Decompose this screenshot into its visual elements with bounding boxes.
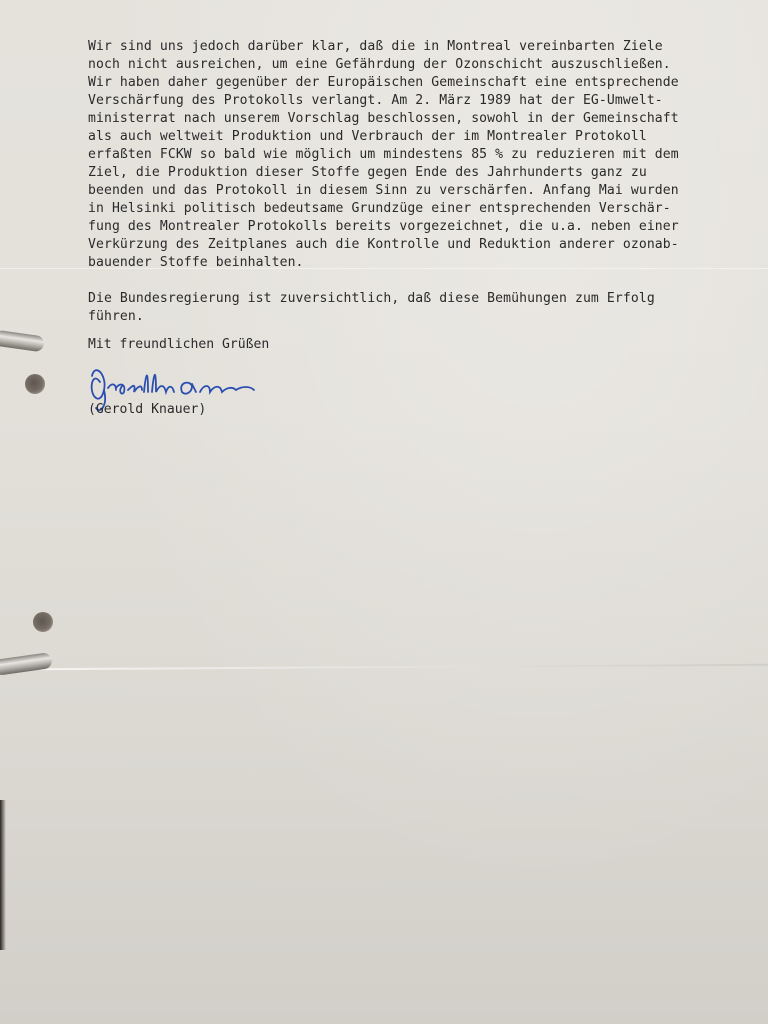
text-line: beenden und das Protokoll in diesem Sinn…: [88, 182, 728, 200]
text-line: erfaßten FCKW so bald wie möglich um min…: [88, 146, 728, 164]
letter-body: Wir sind uns jedoch darüber klar, daß di…: [88, 38, 728, 344]
text-line: Ziel, die Produktion dieser Stoffe gegen…: [88, 164, 728, 182]
page-edge-shadow: [0, 800, 6, 950]
text-line: bauender Stoffe beinhalten.: [88, 254, 728, 272]
signatory-name: (Gerold Knauer): [88, 402, 206, 417]
text-line: Die Bundesregierung ist zuversichtlich, …: [88, 290, 728, 308]
text-line: als auch weltweit Produktion und Verbrau…: [88, 128, 728, 146]
binder-ring-upper: [0, 330, 45, 353]
text-line: fung des Montrealer Protokolls bereits v…: [88, 218, 728, 236]
punch-hole-lower: [33, 612, 53, 632]
text-line: ministerrat nach unserem Vorschlag besch…: [88, 110, 728, 128]
text-line: führen.: [88, 308, 728, 326]
punch-hole-upper: [25, 374, 45, 394]
text-line: in Helsinki politisch bedeutsame Grundzü…: [88, 200, 728, 218]
letter-page: Wir sind uns jedoch darüber klar, daß di…: [0, 0, 768, 1024]
paragraph-2: Die Bundesregierung ist zuversichtlich, …: [88, 290, 728, 326]
text-line: Wir sind uns jedoch darüber klar, daß di…: [88, 38, 728, 56]
text-line: noch nicht ausreichen, um eine Gefährdun…: [88, 56, 728, 74]
binder-ring-lower: [0, 652, 53, 676]
closing-salutation: Mit freundlichen Grüßen: [88, 337, 269, 352]
paper-fold-lower: [40, 664, 768, 670]
text-line: Wir haben daher gegenüber der Europäisch…: [88, 74, 728, 92]
text-line: Verkürzung des Zeitplanes auch die Kontr…: [88, 236, 728, 254]
paragraph-1: Wir sind uns jedoch darüber klar, daß di…: [88, 38, 728, 272]
text-line: Verschärfung des Protokolls verlangt. Am…: [88, 92, 728, 110]
